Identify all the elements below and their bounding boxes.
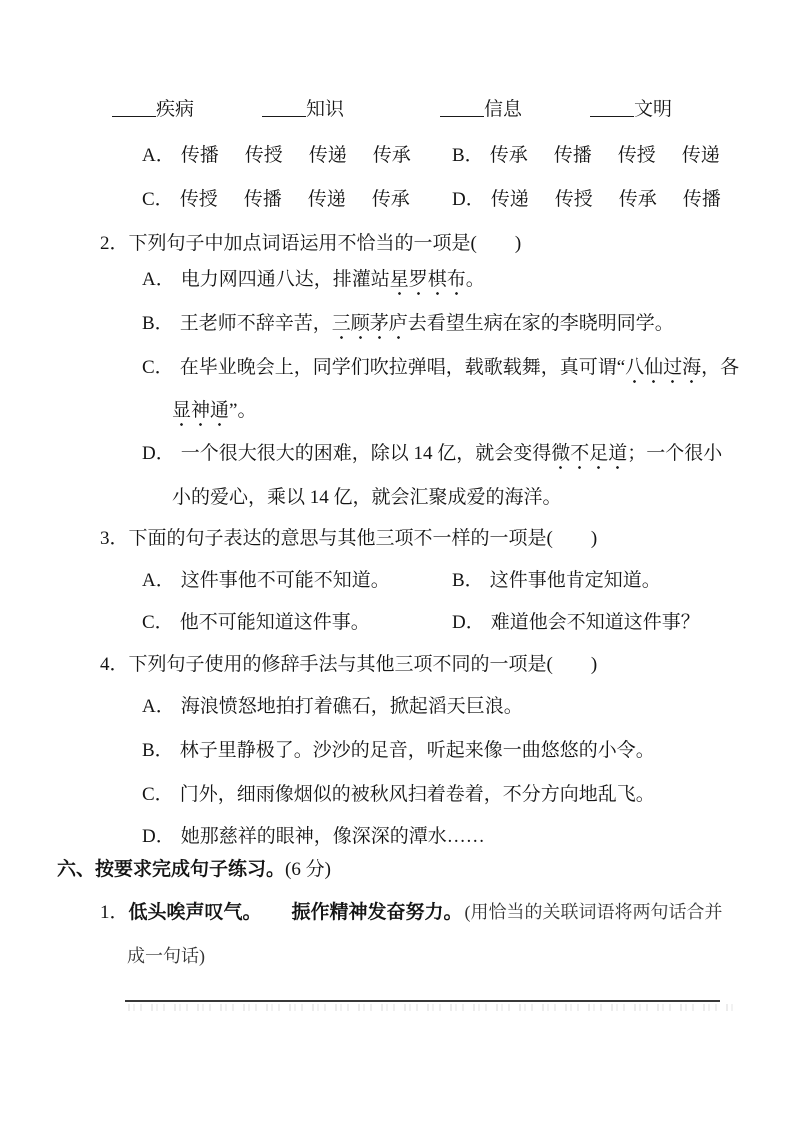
option-word: 传授 <box>180 189 218 210</box>
item-sentence-2: 振作精神发奋努力。 <box>292 902 463 923</box>
emphasized-word: 三顾茅庐 <box>332 313 408 340</box>
q4-option-d: D．她那慈祥的眼神，像深深的潭水…… <box>142 823 485 853</box>
option-word: 传递 <box>682 145 720 166</box>
option-label: C． <box>142 189 174 210</box>
question-text: 下列句子中加点词语运用不恰当的一项是( ) <box>129 233 522 254</box>
q2-option-d-line2: 小的爱心，乘以 14 亿，就会汇聚成爱的海洋。 <box>172 484 562 514</box>
option-text: ”。 <box>229 400 256 421</box>
blank-line <box>440 98 484 117</box>
section-score: (6 分) <box>285 859 331 880</box>
blank-phrase-2: 知识 <box>262 96 344 123</box>
option-label: D． <box>142 443 175 464</box>
option-a: A．传播传授传递传承 <box>142 142 411 169</box>
emphasized-word: 微不足道 <box>551 443 627 470</box>
option-label: D． <box>452 612 485 633</box>
q2-option-a: A．电力网四通八达，排灌站星罗棋布。 <box>142 266 485 296</box>
section-title: 按要求完成句子练习。 <box>95 859 285 880</box>
option-word: 传播 <box>244 189 282 210</box>
option-b: B．传承传播传授传递 <box>452 142 720 169</box>
question-number: 3． <box>100 528 129 549</box>
q2-stem: 2．下列句子中加点词语运用不恰当的一项是( ) <box>100 230 521 260</box>
option-text: 小的爱心，乘以 14 亿，就会汇聚成爱的海洋。 <box>172 487 562 508</box>
option-label: B． <box>142 740 174 761</box>
option-text: 难道他会不知道这件事？ <box>491 612 700 633</box>
emphasized-word: 星罗棋布 <box>390 269 466 296</box>
option-c: C．他不可能知道这件事。 <box>142 609 370 636</box>
section-number: 六、 <box>57 859 95 880</box>
option-label: B． <box>452 145 484 166</box>
option-word: 传授 <box>618 145 656 166</box>
option-text: 王老师不辞辛苦， <box>180 313 332 334</box>
option-d: D．难道他会不知道这件事？ <box>452 609 700 636</box>
blank-phrase-1: 疾病 <box>112 96 194 123</box>
faint-watermark <box>128 1004 734 1011</box>
section6-heading: 六、按要求完成句子练习。(6 分) <box>57 856 331 886</box>
option-label: D． <box>452 189 485 210</box>
q4-option-a: A．海浪愤怒地拍打着礁石，掀起滔天巨浪。 <box>142 693 523 723</box>
question-text: 下面的句子表达的意思与其他三项不一样的一项是( ) <box>129 528 598 549</box>
item-sentence-1: 低头唉声叹气。 <box>129 902 262 923</box>
option-text: 这件事他肯定知道。 <box>490 570 661 591</box>
blank-word: 信息 <box>484 99 522 120</box>
blank-word: 疾病 <box>156 99 194 120</box>
option-a: A．这件事他不可能不知道。 <box>142 567 390 594</box>
q1-options-row-1: A．传播传授传递传承 B．传承传播传授传递 <box>0 142 793 172</box>
q2-option-c-line1: C．在毕业晚会上，同学们吹拉弹唱，载歌载舞，真可谓“八仙过海，各 <box>142 354 739 384</box>
question-text: 下列句子使用的修辞手法与其他三项不同的一项是( ) <box>129 654 598 675</box>
option-word: 传递 <box>308 189 346 210</box>
section6-item1-line2: 成一句话) <box>127 943 205 973</box>
item-instruction-continued: 成一句话) <box>127 946 205 966</box>
item-number: 1． <box>100 902 129 923</box>
option-word: 传递 <box>491 189 529 210</box>
option-label: C． <box>142 357 174 378</box>
blank-line <box>112 98 156 117</box>
option-label: B． <box>142 313 174 334</box>
blank-word: 知识 <box>306 99 344 120</box>
option-text: 电力网四通八达，排灌站 <box>181 269 390 290</box>
q2-option-b: B．王老师不辞辛苦，三顾茅庐去看望生病在家的李晓明同学。 <box>142 310 674 340</box>
q3-options-row-2: C．他不可能知道这件事。 D．难道他会不知道这件事？ <box>0 609 793 639</box>
option-label: C． <box>142 612 174 633</box>
option-label: B． <box>452 570 484 591</box>
option-word: 传承 <box>490 145 528 166</box>
section6-item1-line1: 1．低头唉声叹气。振作精神发奋努力。(用恰当的关联词语将两句话合并 <box>100 899 723 929</box>
option-text: 门外，细雨像烟似的被秋风扫着卷着，不分方向地乱飞。 <box>180 784 655 805</box>
option-text: 林子里静极了。沙沙的足音，听起来像一曲悠悠的小令。 <box>180 740 655 761</box>
option-text: 一个很大很大的困难，除以 14 亿，就会变得 <box>181 443 552 464</box>
option-text: ；一个很小 <box>627 443 722 464</box>
option-label: A． <box>142 696 175 717</box>
option-word: 传播 <box>554 145 592 166</box>
option-text: 海浪愤怒地拍打着礁石，掀起滔天巨浪。 <box>181 696 523 717</box>
option-word: 传授 <box>245 145 283 166</box>
option-word: 传授 <box>555 189 593 210</box>
q4-option-c: C．门外，细雨像烟似的被秋风扫着卷着，不分方向地乱飞。 <box>142 781 655 811</box>
blank-phrase-4: 文明 <box>590 96 672 123</box>
q4-stem: 4．下列句子使用的修辞手法与其他三项不同的一项是( ) <box>100 651 597 681</box>
answer-write-line <box>125 1000 720 1002</box>
q2-option-d-line1: D．一个很大很大的困难，除以 14 亿，就会变得微不足道；一个很小 <box>142 440 722 470</box>
option-text: 。 <box>466 269 485 290</box>
emphasized-word: 八仙过海 <box>625 357 701 384</box>
option-word: 传承 <box>619 189 657 210</box>
option-text: 他不可能知道这件事。 <box>180 612 370 633</box>
q1-options-row-2: C．传授传播传递传承 D．传递传授传承传播 <box>0 186 793 216</box>
option-label: A． <box>142 570 175 591</box>
option-text: 这件事他不可能不知道。 <box>181 570 390 591</box>
option-text: ，各 <box>701 357 739 378</box>
option-text: 去看望生病在家的李晓明同学。 <box>408 313 674 334</box>
option-word: 传播 <box>181 145 219 166</box>
item-instruction: (用恰当的关联词语将两句话合并 <box>465 902 723 922</box>
blank-phrase-3: 信息 <box>440 96 522 123</box>
blank-line <box>262 98 306 117</box>
exam-paper-page: 疾病 知识 信息 文明 A．传播传授传递传承 B．传承传播传授传递 C．传授传播… <box>0 0 793 1122</box>
option-word: 传递 <box>309 145 347 166</box>
option-text: 她那慈祥的眼神，像深深的潭水…… <box>181 826 485 847</box>
q4-option-b: B．林子里静极了。沙沙的足音，听起来像一曲悠悠的小令。 <box>142 737 655 767</box>
option-word: 传承 <box>373 145 411 166</box>
blank-line <box>590 98 634 117</box>
option-label: D． <box>142 826 175 847</box>
blank-word: 文明 <box>634 99 672 120</box>
option-text: 在毕业晚会上，同学们吹拉弹唱，载歌载舞，真可谓“ <box>180 357 625 378</box>
option-word: 传承 <box>372 189 410 210</box>
q2-option-c-line2: 显神通”。 <box>172 397 256 427</box>
q3-options-row-1: A．这件事他不可能不知道。 B．这件事他肯定知道。 <box>0 567 793 597</box>
option-b: B．这件事他肯定知道。 <box>452 567 661 594</box>
option-label: A． <box>142 145 175 166</box>
option-c: C．传授传播传递传承 <box>142 186 410 213</box>
q3-stem: 3．下面的句子表达的意思与其他三项不一样的一项是( ) <box>100 525 597 555</box>
question-number: 2． <box>100 233 129 254</box>
option-label: C． <box>142 784 174 805</box>
option-d: D．传递传授传承传播 <box>452 186 721 213</box>
question-number: 4． <box>100 654 129 675</box>
option-word: 传播 <box>683 189 721 210</box>
option-label: A． <box>142 269 175 290</box>
emphasized-word: 显神通 <box>172 400 229 427</box>
